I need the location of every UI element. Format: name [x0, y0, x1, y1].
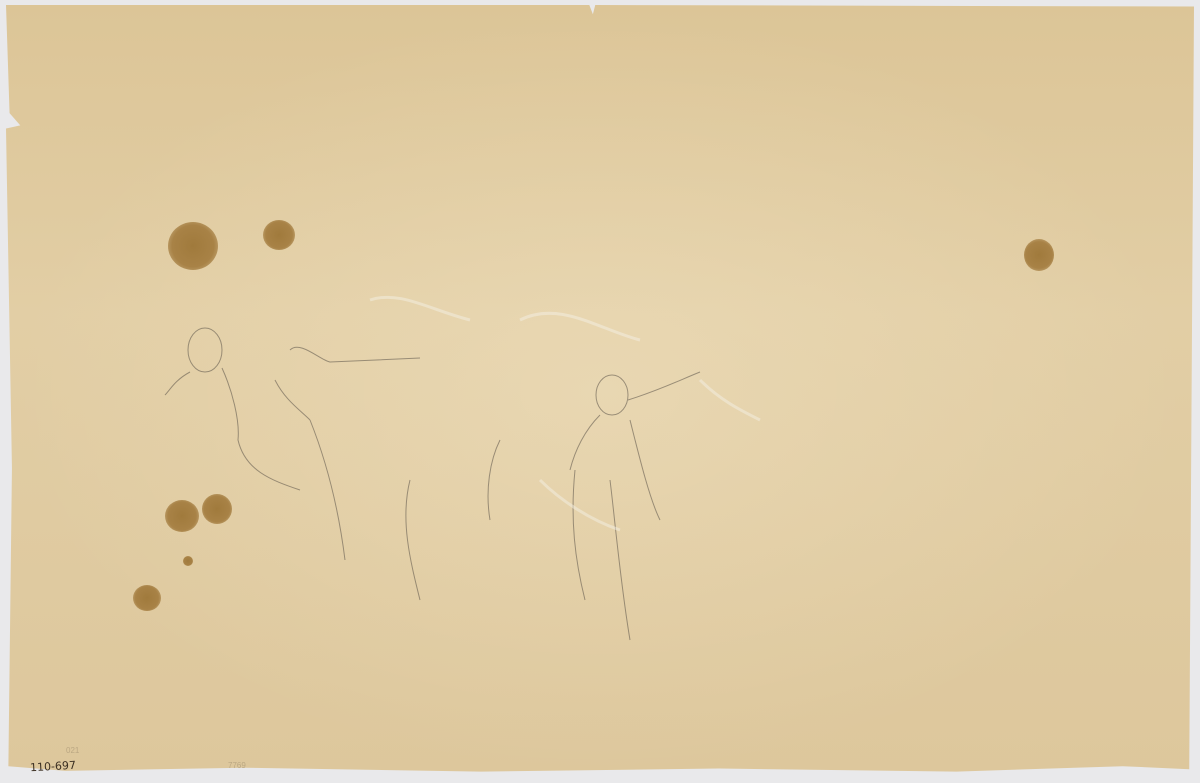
faint-mark: 7769 — [228, 761, 246, 770]
faint-mark: 021 — [66, 746, 79, 755]
inventory-inscription: 110-697 — [30, 759, 77, 774]
figure-sketches — [0, 0, 1200, 783]
